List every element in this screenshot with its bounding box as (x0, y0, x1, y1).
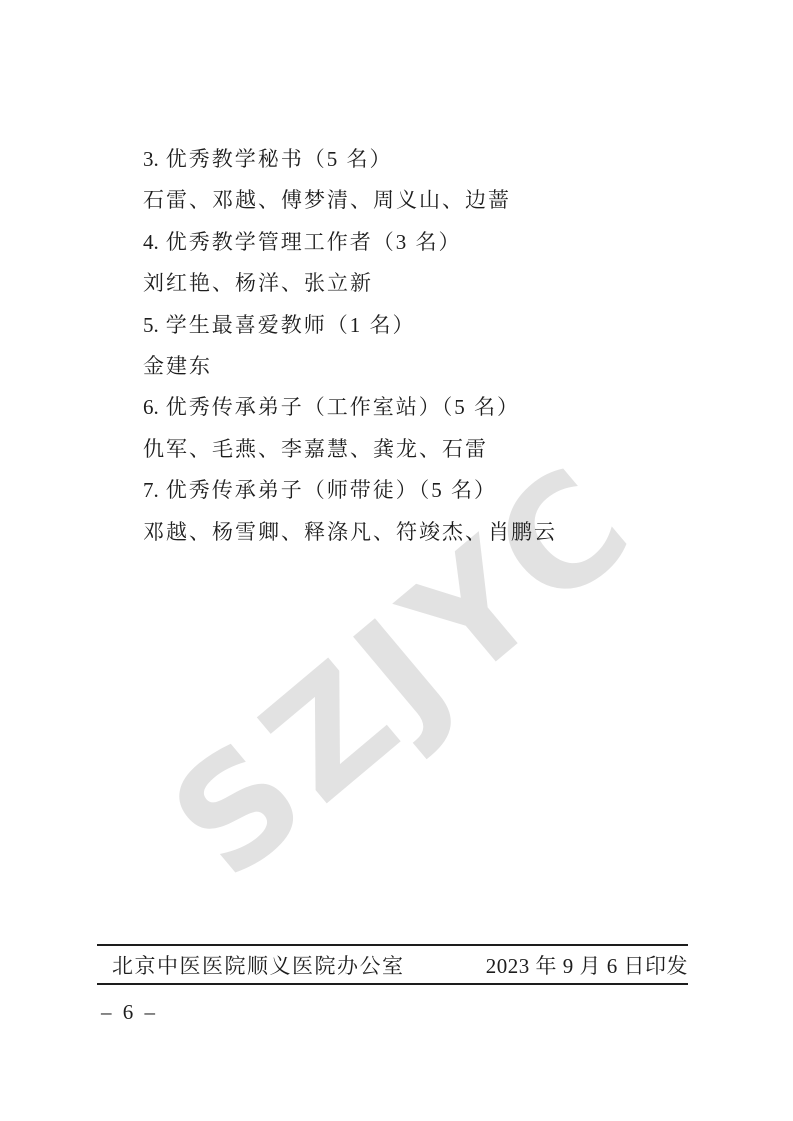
award-heading: 6.优秀传承弟子（工作室站）（5 名） (143, 387, 733, 428)
award-heading: 3.优秀教学秘书（5 名） (143, 139, 733, 180)
document-page: SZJYC 3.优秀教学秘书（5 名） 石雷、邓越、傅梦清、周义山、边蔷 4.优… (0, 0, 793, 1121)
page-number: – 6 – (101, 1000, 158, 1025)
award-names: 邓越、杨雪卿、释涤凡、符竣杰、肖鹏云 (143, 512, 733, 553)
award-heading-title: 优秀教学管理工作者（3 名） (166, 230, 462, 254)
award-heading: 5.学生最喜爱教师（1 名） (143, 305, 733, 346)
award-heading-number: 6. (143, 395, 159, 419)
issuing-office: 北京中医医院顺义医院办公室 (97, 950, 405, 980)
award-heading-title: 学生最喜爱教师（1 名） (166, 313, 416, 337)
award-names: 仇军、毛燕、李嘉慧、龚龙、石雷 (143, 429, 733, 470)
award-names: 刘红艳、杨洋、张立新 (143, 263, 733, 304)
footer-row: 北京中医医院顺义医院办公室 2023 年 9 月 6 日印发 (97, 946, 688, 983)
award-heading: 7.优秀传承弟子（师带徒）（5 名） (143, 470, 733, 511)
award-heading-title: 优秀传承弟子（工作室站）（5 名） (166, 395, 520, 419)
award-heading-number: 5. (143, 313, 159, 337)
award-heading-number: 3. (143, 147, 159, 171)
footer-rule-bottom (97, 983, 688, 985)
document-body: 3.优秀教学秘书（5 名） 石雷、邓越、傅梦清、周义山、边蔷 4.优秀教学管理工… (143, 139, 733, 553)
award-heading-number: 4. (143, 230, 159, 254)
print-date: 2023 年 9 月 6 日印发 (486, 950, 688, 980)
award-heading-number: 7. (143, 478, 159, 502)
award-names: 石雷、邓越、傅梦清、周义山、边蔷 (143, 180, 733, 221)
award-heading: 4.优秀教学管理工作者（3 名） (143, 222, 733, 263)
award-names: 金建东 (143, 346, 733, 387)
award-heading-title: 优秀传承弟子（师带徒）（5 名） (166, 478, 497, 502)
award-heading-title: 优秀教学秘书（5 名） (166, 147, 393, 171)
